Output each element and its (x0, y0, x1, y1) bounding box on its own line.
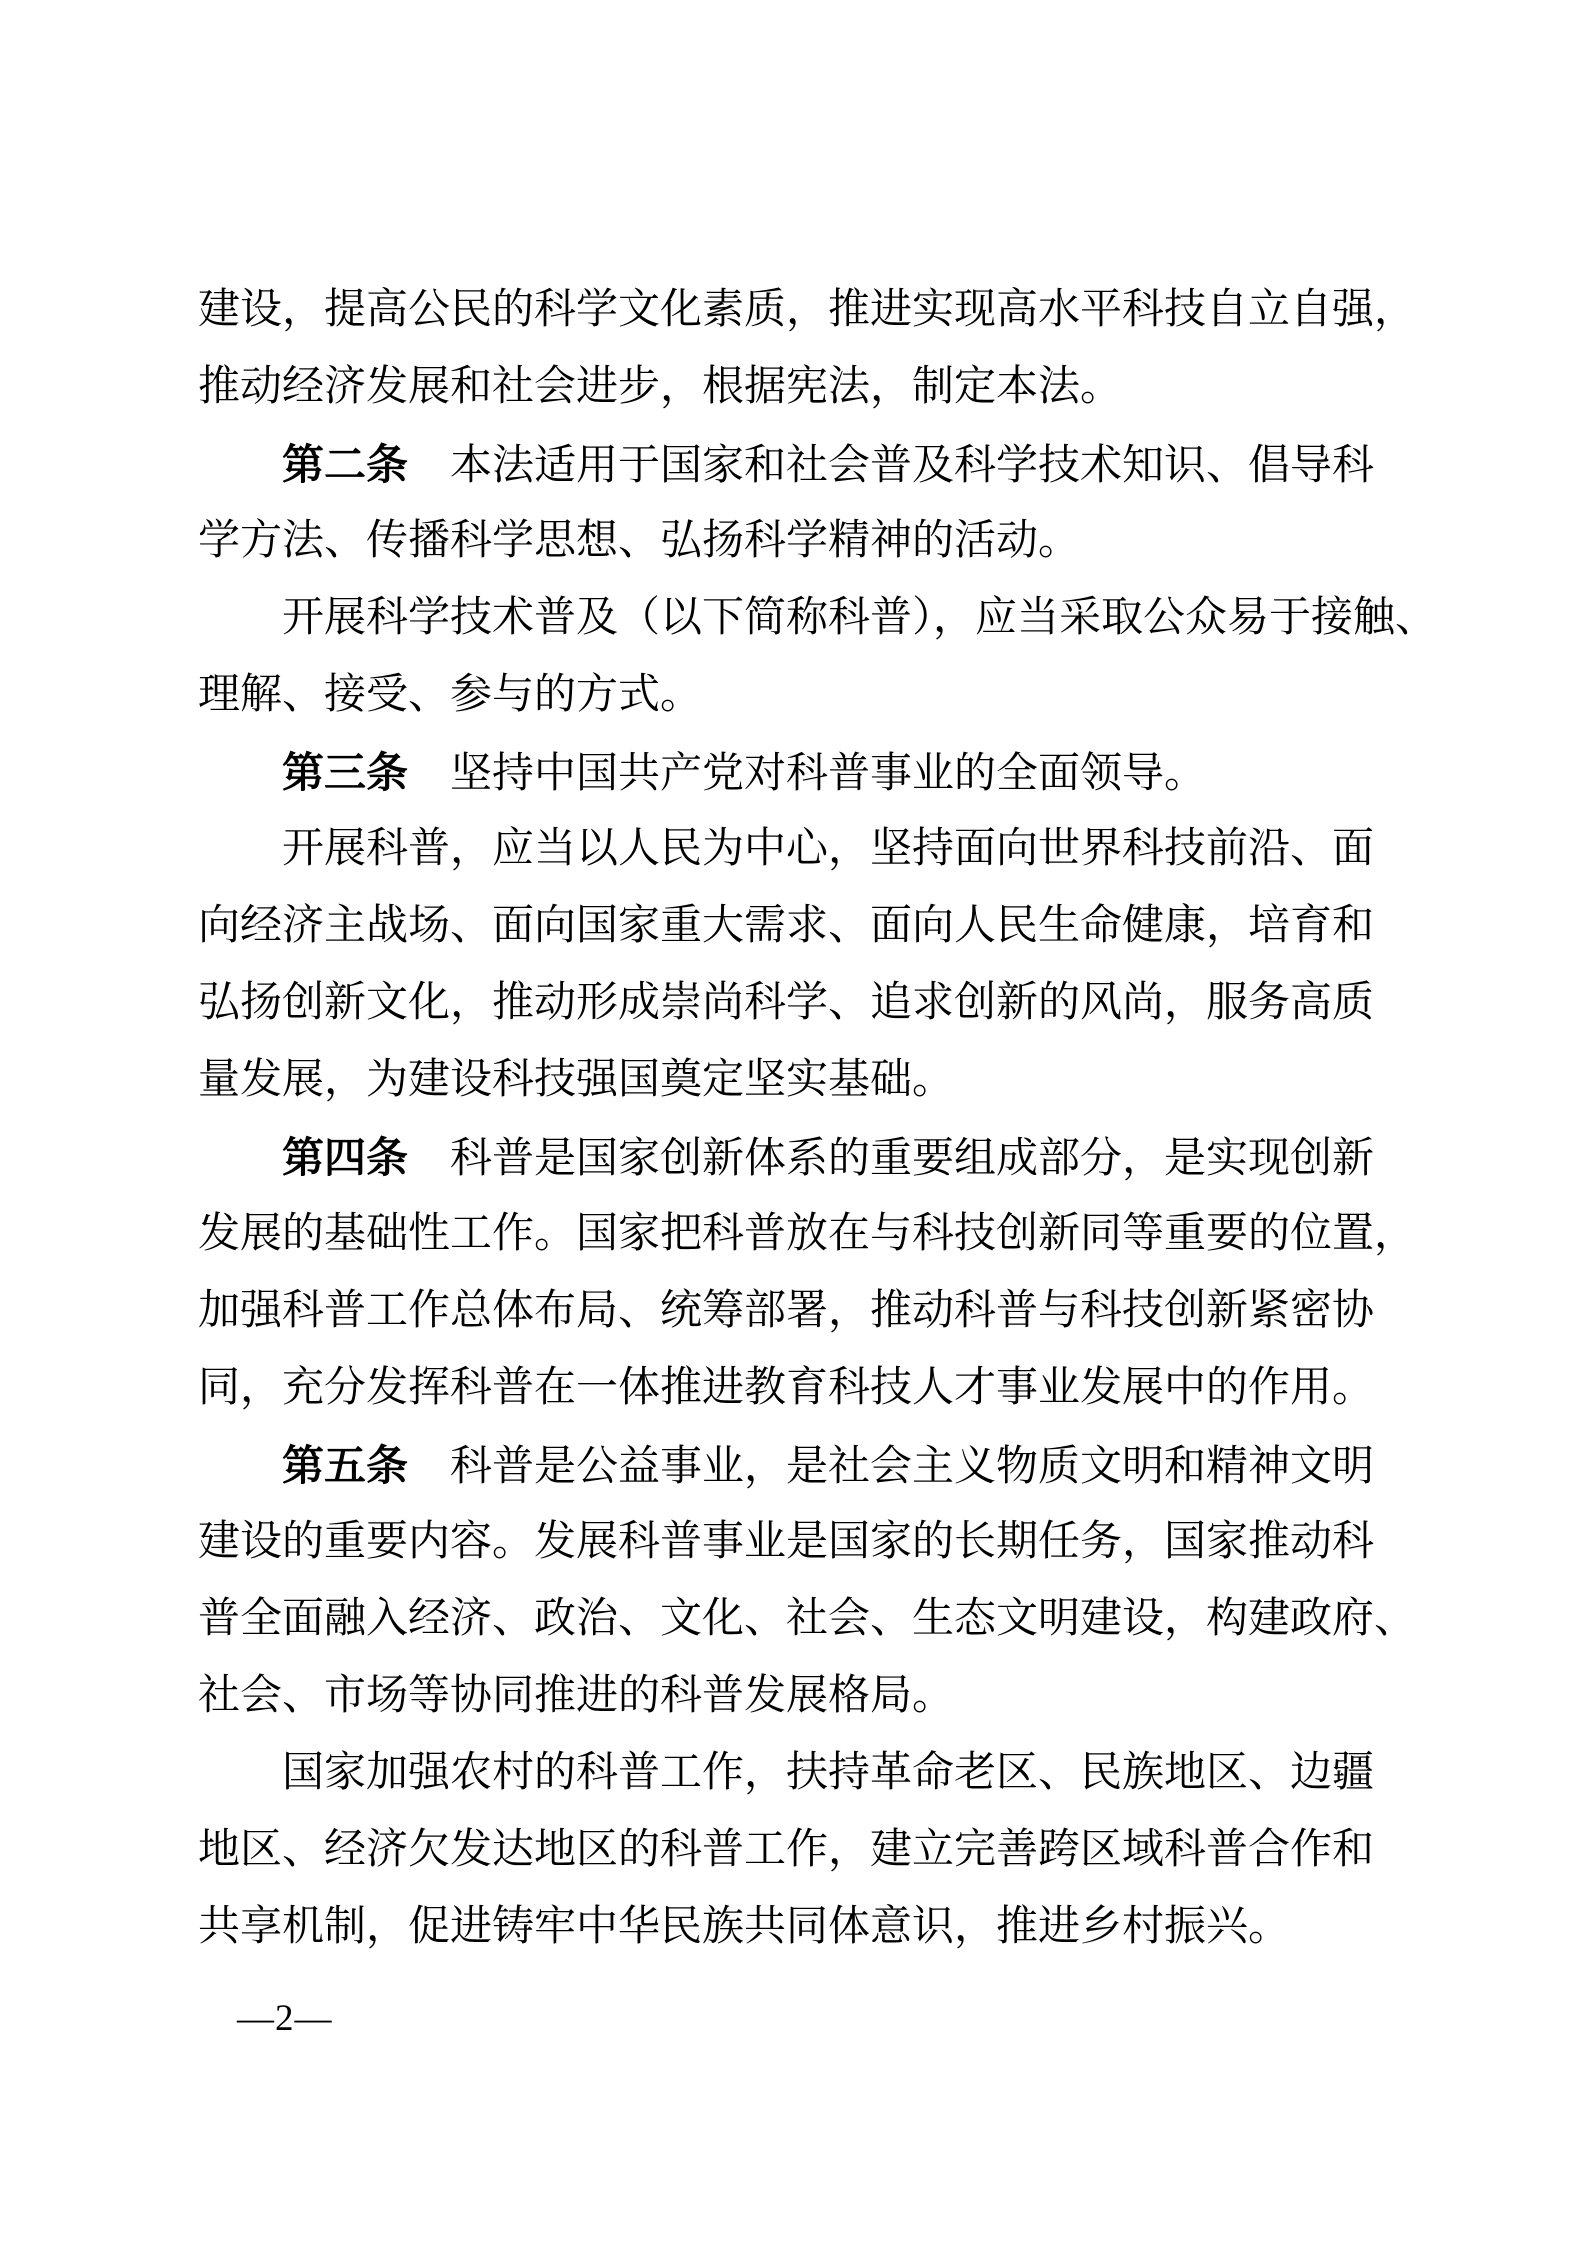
text-line: 向经济主战场、面向国家重大需求、面向人民生命健康，培育和 (198, 888, 1458, 965)
text-segment: 国家加强农村的科普工作，扶持革命老区、民族地区、边疆 (198, 1750, 1374, 1796)
text-line: 第三条 坚持中国共产党对科普事业的全面领导。 (198, 734, 1458, 811)
text-line: 第五条 科普是公益事业，是社会主义物质文明和精神文明 (198, 1427, 1458, 1504)
text-line: 加强科普工作总体布局、统筹部署，推动科普与科技创新紧密协 (198, 1273, 1458, 1350)
text-line: 发展的基础性工作。国家把科普放在与科技创新同等重要的位置， (198, 1196, 1458, 1273)
article-number-heading: 第三条 (282, 749, 408, 796)
text-segment: 建设，提高公民的科学文化素质，推进实现高水平科技自立自强， (198, 287, 1416, 333)
text-line: 开展科学技术普及（以下简称科普），应当采取公众易于接触、 (198, 580, 1458, 657)
text-line: 开展科普，应当以人民为中心，坚持面向世界科技前沿、面 (198, 811, 1458, 888)
text-segment: 加强科普工作总体布局、统筹部署，推动科普与科技创新紧密协 (198, 1288, 1374, 1334)
text-line: 同，充分发挥科普在一体推进教育科技人才事业发展中的作用。 (198, 1350, 1458, 1427)
text-line: 第四条 科普是国家创新体系的重要组成部分，是实现创新 (198, 1119, 1458, 1196)
text-line: 第二条 本法适用于国家和社会普及科学技术知识、倡导科 (198, 426, 1458, 503)
text-segment: 社会、市场等协同推进的科普发展格局。 (198, 1673, 954, 1719)
text-segment: 科普是国家创新体系的重要组成部分，是实现创新 (408, 1136, 1374, 1182)
text-segment: 开展科普，应当以人民为中心，坚持面向世界科技前沿、面 (198, 826, 1374, 872)
text-segment: 本法适用于国家和社会普及科学技术知识、倡导科 (408, 443, 1374, 489)
text-segment (198, 1444, 282, 1490)
text-segment: 同，充分发挥科普在一体推进教育科技人才事业发展中的作用。 (198, 1365, 1374, 1411)
text-line: 弘扬创新文化，推动形成崇尚科学、追求创新的风尚，服务高质 (198, 965, 1458, 1042)
document-body-text: 建设，提高公民的科学文化素质，推进实现高水平科技自立自强，推动经济发展和社会进步… (198, 272, 1458, 1966)
article-number-heading: 第二条 (282, 441, 408, 488)
text-line: 建设，提高公民的科学文化素质，推进实现高水平科技自立自强， (198, 272, 1458, 349)
text-line: 社会、市场等协同推进的科普发展格局。 (198, 1658, 1458, 1735)
text-segment: 建设的重要内容。发展科普事业是国家的长期任务，国家推动科 (198, 1519, 1374, 1565)
text-segment: 发展的基础性工作。国家把科普放在与科技创新同等重要的位置， (198, 1211, 1416, 1257)
article-number-heading: 第五条 (282, 1442, 408, 1489)
text-segment: 共享机制，促进铸牢中华民族共同体意识，推进乡村振兴。 (198, 1904, 1290, 1950)
text-segment: 科普是公益事业，是社会主义物质文明和精神文明 (408, 1444, 1374, 1490)
text-segment (198, 751, 282, 797)
text-line: 共享机制，促进铸牢中华民族共同体意识，推进乡村振兴。 (198, 1889, 1458, 1966)
text-segment: 开展科学技术普及（以下简称科普），应当采取公众易于接触、 (198, 595, 1437, 641)
text-line: 建设的重要内容。发展科普事业是国家的长期任务，国家推动科 (198, 1504, 1458, 1581)
text-segment: 推动经济发展和社会进步，根据宪法，制定本法。 (198, 364, 1122, 410)
text-line: 学方法、传播科学思想、弘扬科学精神的活动。 (198, 503, 1458, 580)
article-number-heading: 第四条 (282, 1134, 408, 1181)
text-segment: 坚持中国共产党对科普事业的全面领导。 (408, 751, 1206, 797)
text-line: 地区、经济欠发达地区的科普工作，建立完善跨区域科普合作和 (198, 1812, 1458, 1889)
text-segment: 向经济主战场、面向国家重大需求、面向人民生命健康，培育和 (198, 903, 1374, 949)
text-segment (198, 1136, 282, 1182)
text-segment: 普全面融入经济、政治、文化、社会、生态文明建设，构建政府、 (198, 1596, 1416, 1642)
page-number: —2— (237, 1996, 333, 2041)
text-line: 理解、接受、参与的方式。 (198, 657, 1458, 734)
text-line: 推动经济发展和社会进步，根据宪法，制定本法。 (198, 349, 1458, 426)
text-segment (198, 443, 282, 489)
text-segment: 学方法、传播科学思想、弘扬科学精神的活动。 (198, 518, 1080, 564)
text-segment: 弘扬创新文化，推动形成崇尚科学、追求创新的风尚，服务高质 (198, 980, 1374, 1026)
text-segment: 量发展，为建设科技强国奠定坚实基础。 (198, 1057, 954, 1103)
text-line: 国家加强农村的科普工作，扶持革命老区、民族地区、边疆 (198, 1735, 1458, 1812)
text-line: 量发展，为建设科技强国奠定坚实基础。 (198, 1042, 1458, 1119)
document-page: 建设，提高公民的科学文化素质，推进实现高水平科技自立自强，推动经济发展和社会进步… (0, 0, 1587, 2245)
text-segment: 理解、接受、参与的方式。 (198, 672, 702, 718)
text-line: 普全面融入经济、政治、文化、社会、生态文明建设，构建政府、 (198, 1581, 1458, 1658)
text-segment: 地区、经济欠发达地区的科普工作，建立完善跨区域科普合作和 (198, 1827, 1374, 1873)
